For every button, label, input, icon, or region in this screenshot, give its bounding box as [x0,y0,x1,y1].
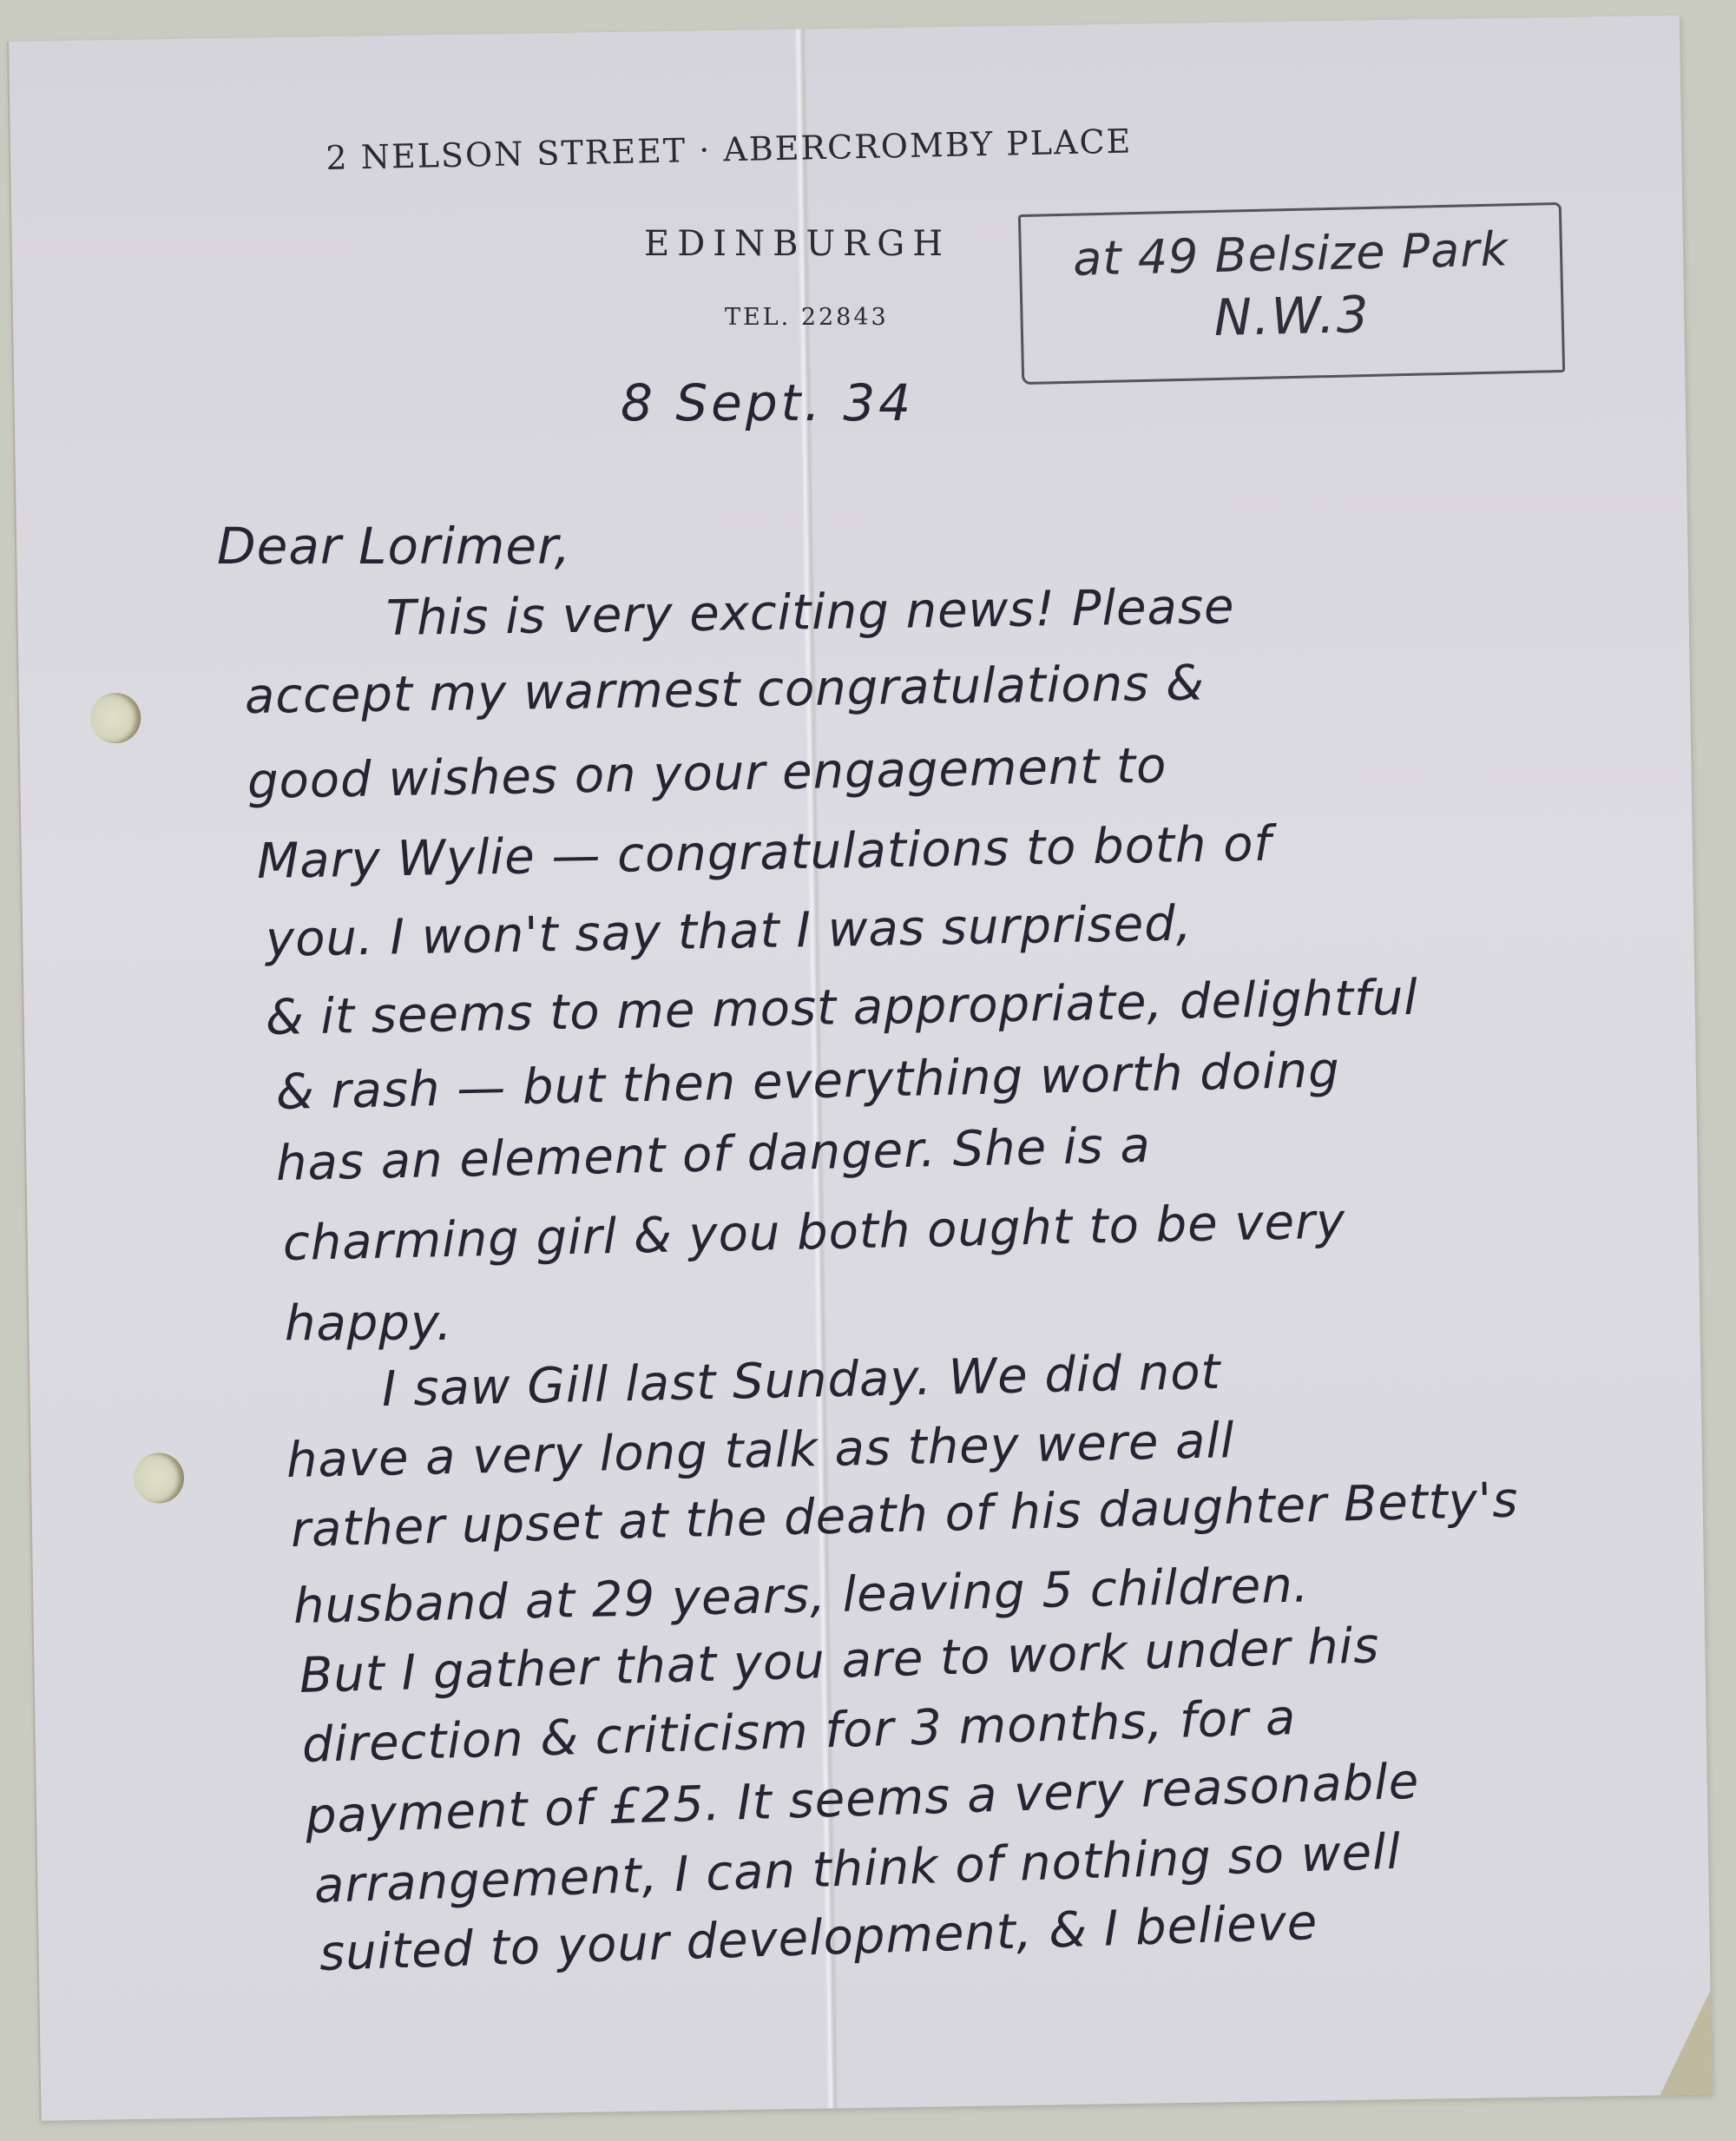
letter-date: 8 Sept. 34 [621,373,914,432]
corner-stain [1659,1990,1713,2095]
forwarding-address-box: at 49 Belsize Park N.W.3 [1018,202,1565,385]
punch-hole-bottom [134,1453,185,1504]
forwarding-address-line1: at 49 Belsize Park [1021,221,1560,287]
punch-hole-top [90,693,141,744]
letterhead-city: EDINBURGH [644,224,950,264]
letter-greeting: Dear Lorimer, [217,517,571,576]
letterhead-telephone: TEL. 22843 [725,304,889,331]
body-line: happy. [285,1295,453,1352]
body-line: This is very exciting news! Please [386,578,1235,647]
forwarding-address-line2: N.W.3 [1023,280,1562,352]
